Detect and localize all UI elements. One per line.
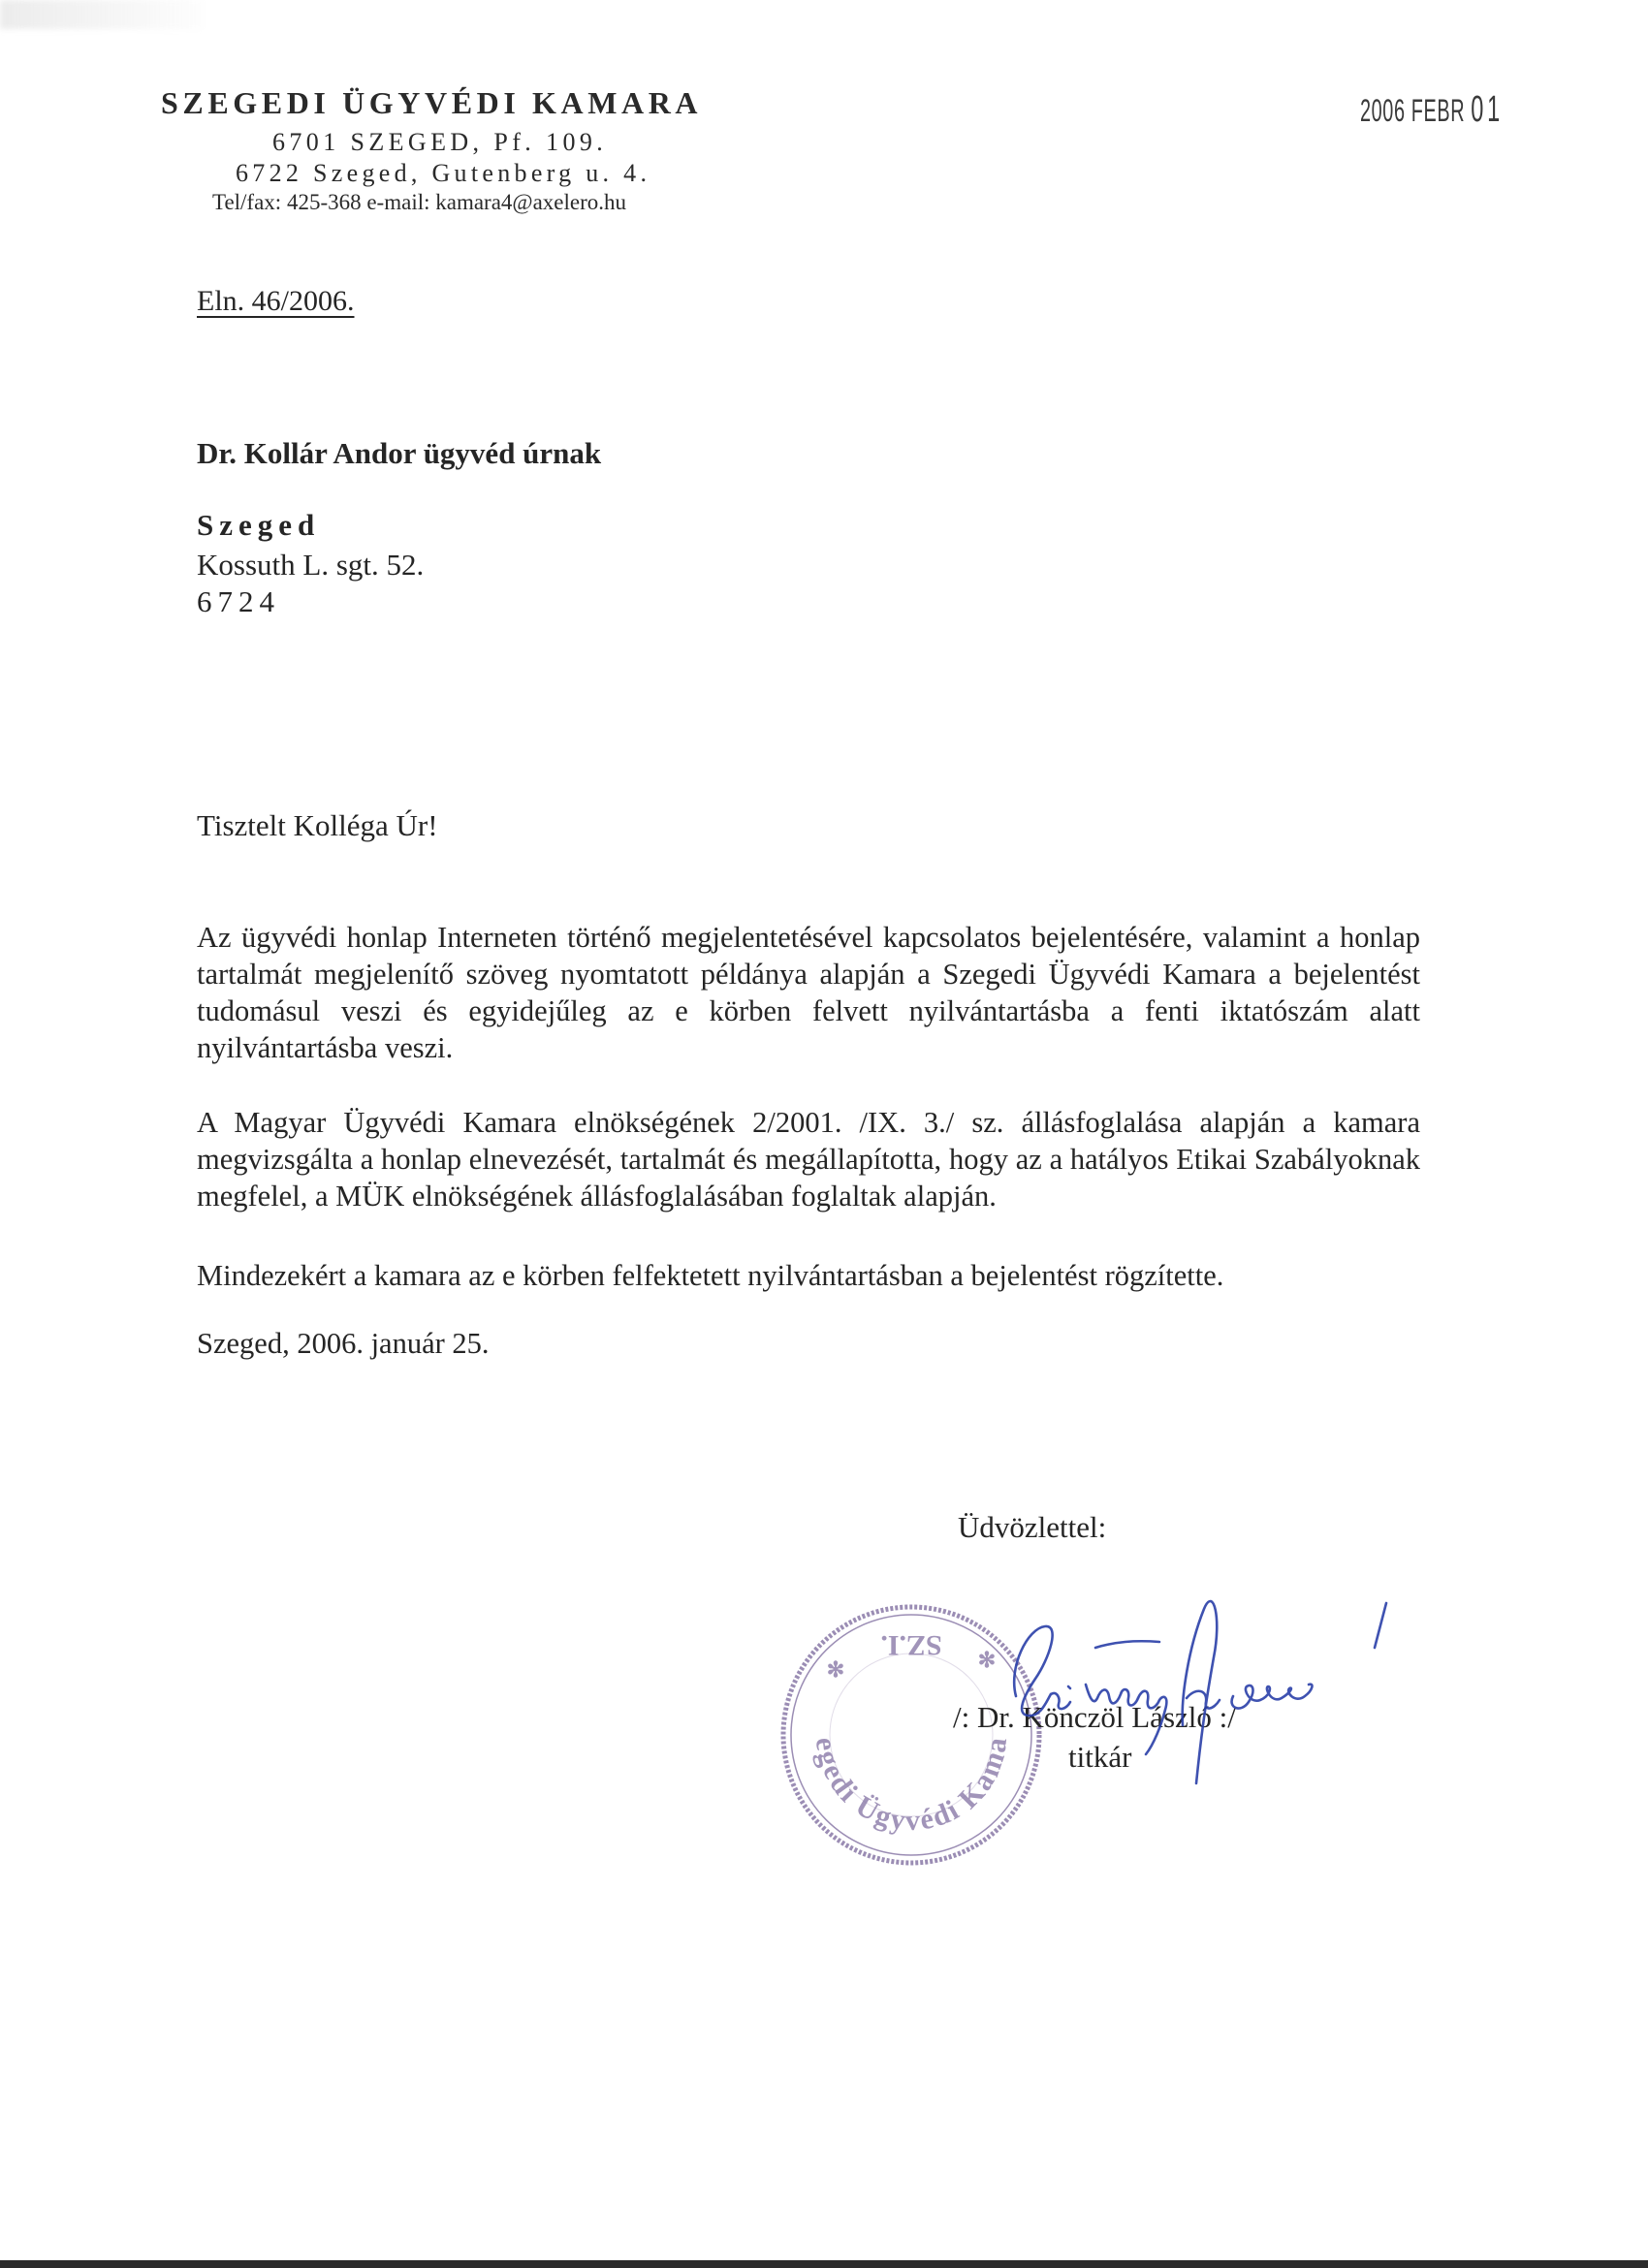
received-year-month: 2006 FEBR [1360, 93, 1465, 128]
scan-smudge [0, 0, 204, 29]
letterhead-postal-address: 6701 SZEGED, Pf. 109. [272, 128, 607, 157]
svg-text:✻: ✻ [978, 1648, 996, 1672]
official-seal-icon: Szegedi Ügyvédi Kamara SZ.I. ✻ ✻ [777, 1601, 1045, 1869]
body-paragraph: A Magyar Ügyvédi Kamara elnökségének 2/2… [197, 1104, 1420, 1214]
addressee-city: Szeged [197, 508, 320, 543]
signer-name: /: Dr. Könczöl László :/ [953, 1700, 1236, 1735]
addressee-zip: 6724 [197, 584, 280, 619]
body-paragraph: Mindezekért a kamara az e körben felfekt… [197, 1257, 1420, 1294]
closing-greeting: Üdvözlettel: [958, 1510, 1106, 1545]
seal-top-text: SZ.I. [880, 1629, 941, 1661]
scan-bottom-edge [0, 2260, 1648, 2268]
reference-number: Eln. 46/2006. [197, 285, 355, 318]
letterhead-organization: SZEGEDI ÜGYVÉDI KAMARA [161, 85, 702, 121]
place-and-date: Szeged, 2006. január 25. [197, 1327, 490, 1361]
received-day: 01 [1471, 89, 1504, 130]
salutation: Tisztelt Kolléga Úr! [197, 808, 438, 843]
handwritten-signature-icon [989, 1590, 1415, 1793]
addressee-street: Kossuth L. sgt. 52. [197, 548, 424, 583]
letterhead-street-address: 6722 Szeged, Gutenberg u. 4. [236, 159, 650, 188]
signer-title: titkár [1068, 1740, 1131, 1775]
received-date-stamp: 2006 FEBR 01 [1360, 89, 1504, 131]
svg-text:✻: ✻ [827, 1657, 844, 1682]
body-paragraph: Az ügyvédi honlap Interneten történő meg… [197, 919, 1420, 1066]
addressee-name: Dr. Kollár Andor ügyvéd úrnak [197, 436, 601, 471]
letterhead-contact: Tel/fax: 425-368 e-mail: kamara4@axelero… [212, 190, 626, 215]
